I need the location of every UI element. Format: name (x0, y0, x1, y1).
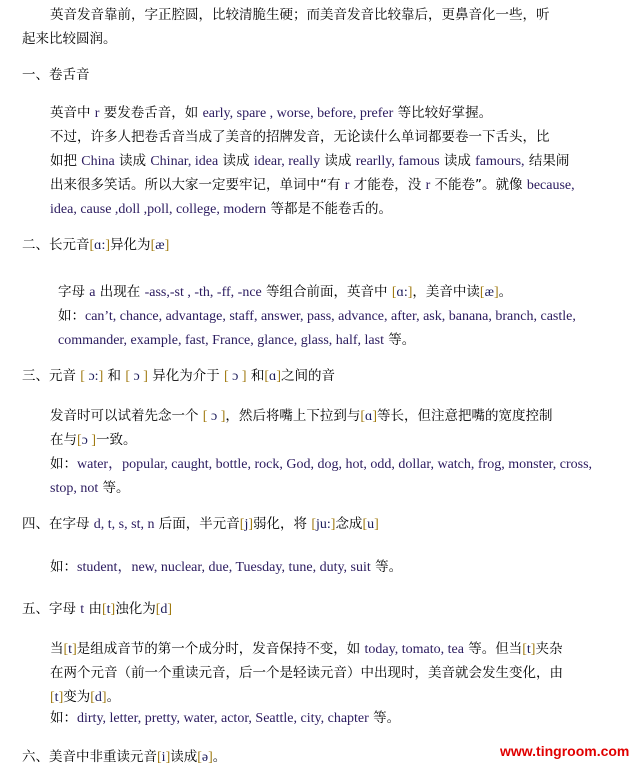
english-term: t (80, 602, 84, 617)
phonetic-symbol: [ɑ] (360, 409, 377, 424)
phonetic-symbol: [ə] (197, 750, 213, 765)
phonetic-symbol: [u] (362, 517, 378, 532)
phonetic-symbol: [ɔ ] (77, 433, 96, 448)
english-term: student，new, nuclear, due, Tuesday, tune… (77, 560, 371, 575)
phonetic-symbol: [ju:] (311, 517, 335, 532)
english-term: early, spare , worse, before, prefer (203, 106, 394, 121)
english-term: famours, (475, 154, 524, 169)
phonetic-symbol: [æ] (480, 285, 499, 300)
phonetic-symbol: [i] (157, 750, 170, 765)
phonetic-symbol: [ ɔ ] (224, 369, 247, 384)
section-1-line: 英音中 r 要发卷舌音，如 early, spare , worse, befo… (50, 101, 492, 125)
section-2-line: 字母 a 出现在 -ass,-st , -th, -ff, -nce 等组合前面… (58, 280, 512, 304)
section-3-line: stop, not 等。 (50, 476, 130, 500)
phonetic-symbol: [j] (240, 517, 253, 532)
section-1-line: 如把 China 读成 Chinar, idea 读成 idear, reall… (50, 149, 569, 173)
english-term: r (95, 106, 100, 121)
phonetic-symbol: [t] (522, 642, 535, 657)
phonetic-symbol: [t] (102, 602, 115, 617)
english-term: rearlly, famous (356, 154, 440, 169)
section-3-heading: 三、元音 [ ɔ:] 和 [ ɔ ] 异化为介于 [ ɔ ] 和[ɑ]之间的音 (22, 364, 335, 388)
english-term: commander, example, fast, France, glance… (58, 333, 384, 348)
section-5-line: 在两个元音（前一个重读元音，后一个是轻读元音）中出现时，美音就会发生变化，由 (50, 661, 563, 685)
english-term: water，popular, caught, bottle, rock, God… (77, 457, 592, 472)
section-3-line: 在与[ɔ ]一致。 (50, 428, 137, 452)
phonetic-symbol: [t] (64, 642, 77, 657)
section-2-heading: 二、长元音[ɑ:]异化为[æ] (22, 233, 169, 257)
english-term: a (89, 285, 95, 300)
intro-line-1: 英音发音靠前，字正腔圆，比较清脆生硬；而美音发音比较靠后，更鼻音化一些，听 (50, 3, 550, 27)
section-5-heading: 五、字母 t 由[t]浊化为[d] (22, 597, 172, 621)
section-1-line: 出来很多笑话。所以大家一定要牢记，单词中“有 r 才能卷，没 r 不能卷”。就像… (50, 173, 575, 197)
english-term: China (81, 154, 114, 169)
phonetic-symbol: [t] (50, 690, 63, 705)
section-5-line: 如：dirty, letter, pretty, water, actor, S… (50, 706, 400, 730)
english-term: idea, cause ,doll ,poll, college, modern (50, 202, 266, 217)
phonetic-symbol: [ɑ] (264, 369, 281, 384)
phonetic-symbol: [ ɔ:] (80, 369, 103, 384)
phonetic-symbol: [ɑ:] (90, 238, 111, 253)
phonetic-symbol: [d] (156, 602, 172, 617)
section-1-line: 不过，许多人把卷舌音当成了美音的招牌发音，无论读什么单词都要卷一下舌头，比 (50, 125, 550, 149)
section-4-line: 如：student，new, nuclear, due, Tuesday, tu… (50, 555, 402, 579)
english-term: dirty, letter, pretty, water, actor, Sea… (77, 711, 369, 726)
english-term: r (345, 178, 350, 193)
section-3-line: 如：water，popular, caught, bottle, rock, G… (50, 452, 592, 476)
phonetic-symbol: [æ] (151, 238, 170, 253)
english-term: can’t, chance, advantage, staff, answer,… (85, 309, 576, 324)
phonetic-symbol: [d] (90, 690, 106, 705)
phonetic-symbol: [ ɔ ] (203, 409, 226, 424)
english-term: stop, not (50, 481, 98, 496)
english-term: idear, really (254, 154, 320, 169)
section-5-line: 当[t]是组成音节的第一个成分时，发音保持不变，如 today, tomato,… (50, 637, 562, 661)
section-3-line: 发音时可以试着先念一个 [ ɔ ]，然后将嘴上下拉到与[ɑ]等长，但注意把嘴的宽… (50, 404, 553, 428)
intro-line-2: 起来比较圆润。 (22, 27, 117, 51)
section-2-line: commander, example, fast, France, glance… (58, 328, 415, 352)
english-term: r (426, 178, 431, 193)
watermark-link[interactable]: www.tingroom.com (500, 741, 629, 761)
english-term: because, (527, 178, 575, 193)
english-term: d, t, s, st, n (94, 517, 155, 532)
english-term: today, tomato, tea (365, 642, 464, 657)
section-6-heading: 六、美音中非重读元音[i]读成[ə]。 (22, 745, 226, 768)
english-term: -ass,-st , -th, -ff, -nce (145, 285, 262, 300)
section-4-heading: 四、在字母 d, t, s, st, n 后面，半元音[j]弱化，将 [ju:]… (22, 512, 379, 536)
phonetic-symbol: [ ɔ ] (125, 369, 148, 384)
section-1-heading: 一、卷舌音 (22, 63, 90, 87)
english-term: Chinar, idea (150, 154, 218, 169)
section-1-line: idea, cause ,doll ,poll, college, modern… (50, 197, 392, 221)
section-2-line: 如：can’t, chance, advantage, staff, answe… (58, 304, 576, 328)
phonetic-symbol: [ɑ:] (392, 285, 413, 300)
